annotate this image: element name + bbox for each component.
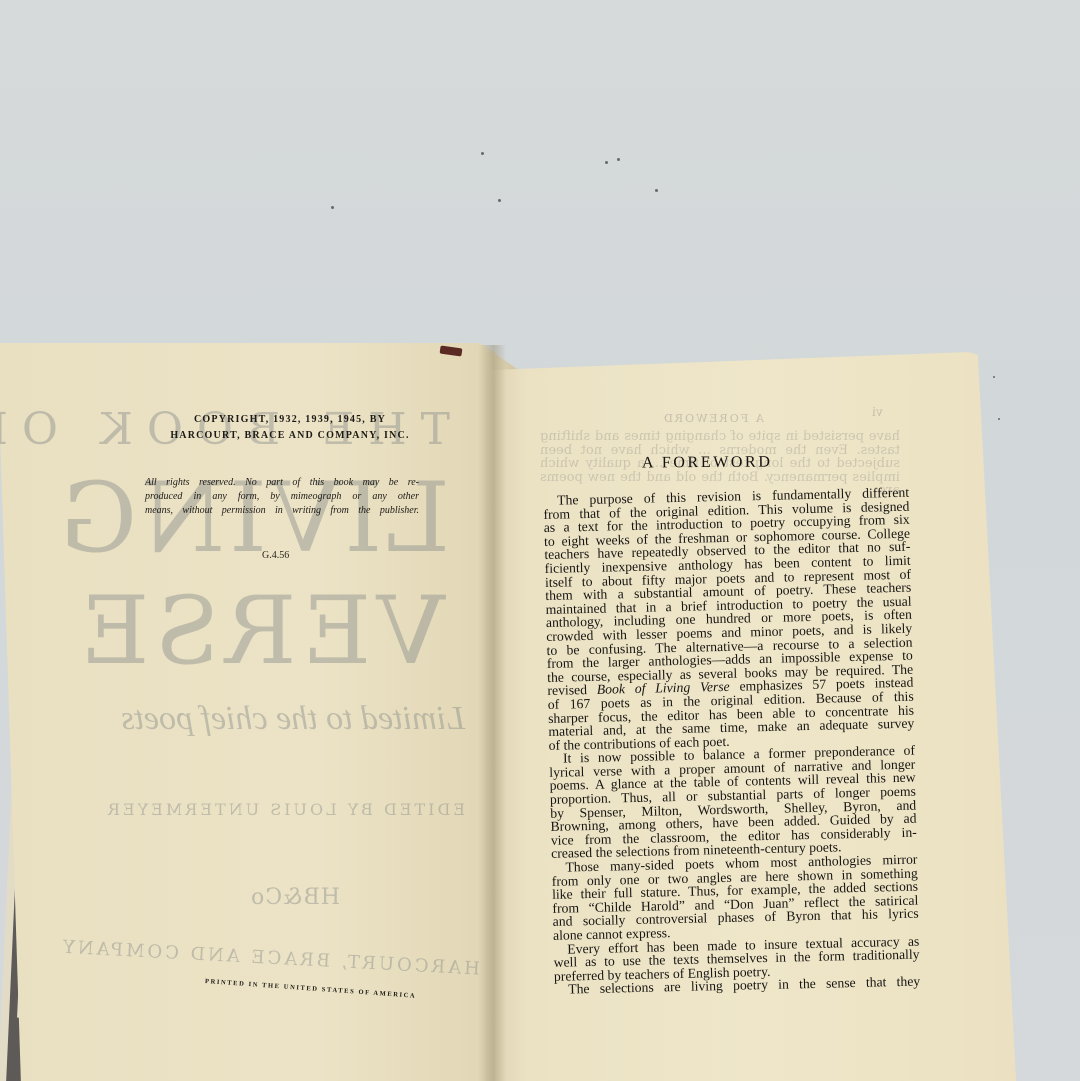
rights-line-2: produced in any form, by mimeograph or a… bbox=[145, 490, 419, 504]
rights-line-1: All rights reserved. No part of this boo… bbox=[145, 476, 419, 490]
rights-line-3: means, without permission in writing fro… bbox=[145, 504, 419, 518]
show-through-page-number: vi bbox=[872, 405, 883, 419]
print-code: G.4.56 bbox=[262, 550, 289, 561]
foreword-body: The purpose of this revision is fundamen… bbox=[543, 486, 920, 997]
rights-reserved-notice: All rights reserved. No part of this boo… bbox=[145, 476, 419, 518]
show-through-title-line3: VERSE bbox=[125, 585, 445, 679]
gutter-shadow bbox=[478, 345, 506, 1081]
foreword-heading: A FOREWORD bbox=[642, 454, 773, 473]
copyright-notice: Copyright, 1932, 1939, 1945, by Harcourt… bbox=[140, 412, 440, 444]
show-through-running-head: A FOREWORD bbox=[662, 412, 764, 425]
show-through-subtitle: Limited to the chief poets bbox=[125, 700, 465, 738]
show-through-editor: EDITED BY LOUIS UNTERMEYER bbox=[135, 800, 465, 819]
copyright-line-1: Copyright, 1932, 1939, 1945, by bbox=[140, 412, 440, 428]
copyright-line-2: Harcourt, Brace and Company, Inc. bbox=[140, 428, 440, 444]
show-through-publisher-logo: HB&Co bbox=[250, 885, 340, 910]
